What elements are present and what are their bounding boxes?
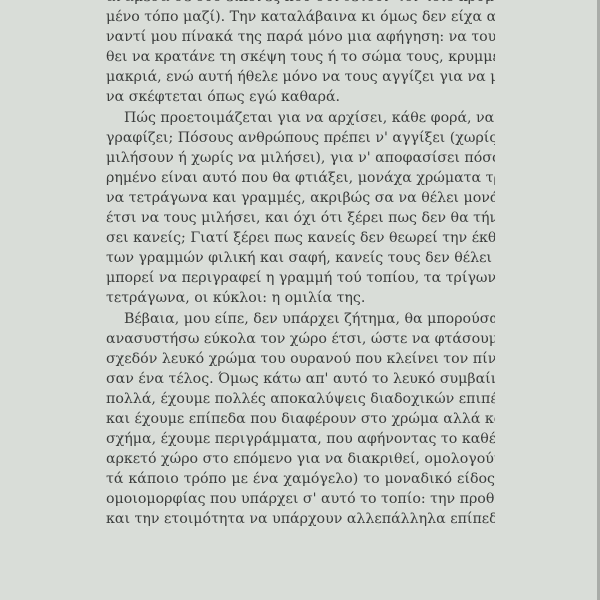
book-page: ανάμεσα σε δύο εικόνες που συνθέτουν τον… bbox=[0, 0, 600, 600]
text-line: αρκετό χώρο στο επόμενο για να διακριθεί… bbox=[106, 449, 495, 469]
text-line: σχεδόν λευκό χρώμα του ουρανού που κλείν… bbox=[106, 349, 495, 369]
paragraph-first-line: Πώς προετοιμάζεται για να αρχίσει, κάθε … bbox=[106, 108, 495, 128]
text-line: ναντί μου πίνακά της παρά μόνο μια αφήγη… bbox=[106, 27, 495, 47]
text-line: των γραμμών φιλική και σαφή, κανείς τους… bbox=[106, 248, 495, 268]
text-line: πολλά, έχουμε πολλές αποκαλύψεις διαδοχι… bbox=[106, 389, 495, 409]
text-line: μιλήσουν ή χωρίς να μιλήσει), για ν' απο… bbox=[106, 148, 495, 168]
text-line: ανασυστήσω εύκολα τον χώρο έτσι, ώστε να… bbox=[106, 329, 495, 349]
text-line: σει κανείς; Γιατί ξέρει πως κανείς δεν θ… bbox=[106, 228, 495, 248]
text-line: ρημένο είναι αυτό που θα φτιάξει, μονάχα… bbox=[106, 168, 495, 188]
text-line: να τετράγωνα και γραμμές, ακριβώς σα να … bbox=[106, 188, 495, 208]
text-line: μακριά, ενώ αυτή ήθελε μόνο να τους αγγί… bbox=[106, 67, 495, 87]
text-line: σαν ένα τέλος. Όμως κάτω απ' αυτό το λευ… bbox=[106, 369, 495, 389]
text-line: τετράγωνα, οι κύκλοι: η ομιλία της. bbox=[106, 288, 495, 308]
paragraph-first-line: Βέβαια, μου είπε, δεν υπάρχει ζήτημα, θα… bbox=[106, 309, 495, 329]
text-line: τά κάποιο τρόπο με ένα χαμόγελο) το μονα… bbox=[106, 469, 495, 489]
text-line: θει να κρατάνε τη σκέψη τους ή το σώμα τ… bbox=[106, 47, 495, 67]
text-line: να σκέφτεται όπως εγώ καθαρά. bbox=[106, 87, 495, 107]
text-line: μένο τόπο μαζί). Την καταλάβαινα κι όμως… bbox=[106, 7, 495, 27]
text-line: μπορεί να περιγραφεί η γραμμή τού τοπίου… bbox=[106, 268, 495, 288]
text-line: γραφίζει; Πόσους ανθρώπους πρέπει ν' αγγ… bbox=[106, 128, 495, 148]
text-line: σχήμα, έχουμε περιγράμματα, που αφήνοντα… bbox=[106, 429, 495, 449]
page-text: ανάμεσα σε δύο εικόνες που συνθέτουν τον… bbox=[106, 0, 495, 530]
text-line: και έχουμε επίπεδα που διαφέρουν στο χρώ… bbox=[106, 409, 495, 429]
text-line: ομοιομορφίας που υπάρχει σ' αυτό το τοπί… bbox=[106, 489, 495, 509]
text-line: και την ετοιμότητα να υπάρχουν αλλεπάλλη… bbox=[106, 509, 495, 529]
text-line: έτσι να τους μιλήσει, και όχι ότι ξέρει … bbox=[106, 208, 495, 228]
text-line: ανάμεσα σε δύο εικόνες που συνθέτουν τον… bbox=[106, 0, 495, 7]
